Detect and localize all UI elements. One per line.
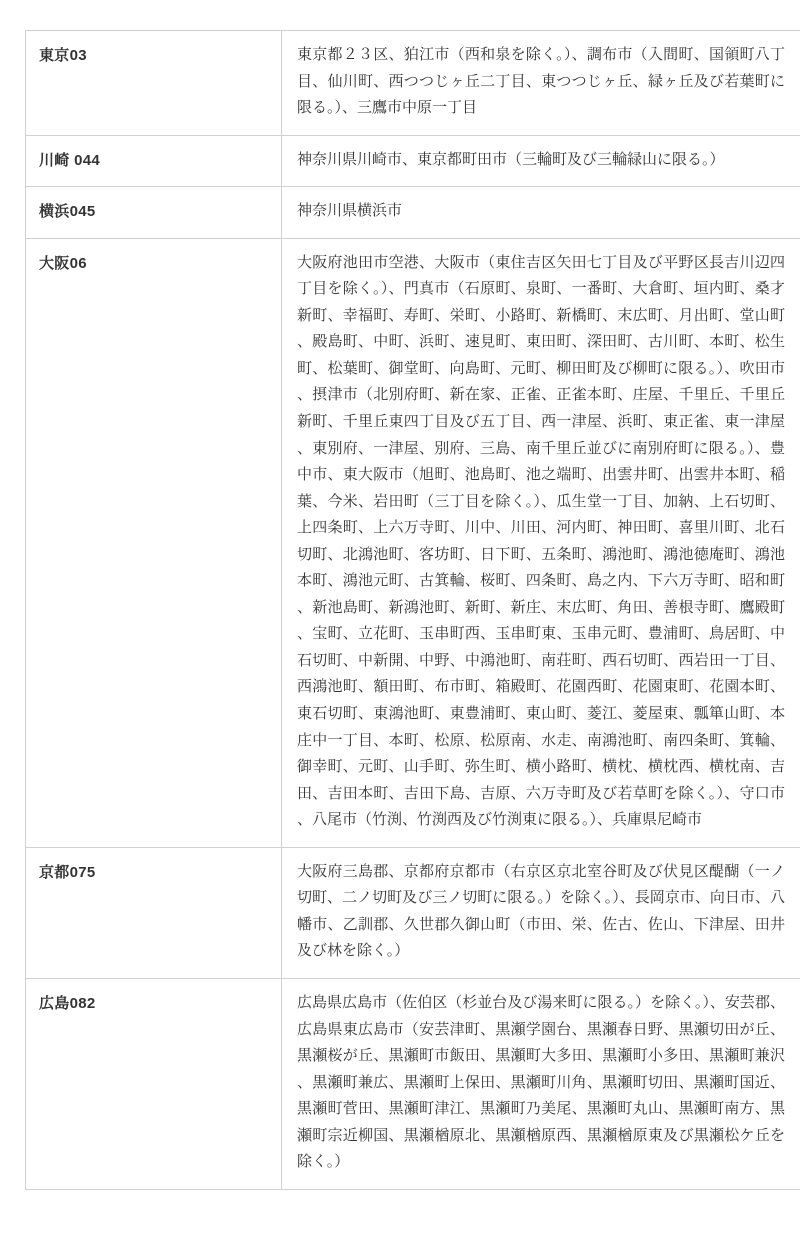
area-code-cell: 大阪06 bbox=[26, 238, 282, 847]
page: 東京03 東京都２３区、狛江市（西和泉を除く。）、調布市（入間町、国領町八丁目、… bbox=[0, 0, 800, 1260]
area-description-cell: 広島県広島市（佐伯区（杉並台及び湯来町に限る。）を除く。）、安芸郡、広島県東広島… bbox=[282, 978, 800, 1189]
table-row: 大阪06 大阪府池田市空港、大阪市（東住吉区矢田七丁目及び平野区長吉川辺四丁目を… bbox=[26, 238, 800, 847]
table-row: 川崎 044 神奈川県川崎市、東京都町田市（三輪町及び三輪緑山に限る。） bbox=[26, 135, 800, 187]
table-row: 京都075 大阪府三島郡、京都府京都市（右京区京北室谷町及び伏見区醍醐（一ノ切町… bbox=[26, 847, 800, 978]
area-code-cell: 東京03 bbox=[26, 31, 282, 136]
area-description-cell: 大阪府池田市空港、大阪市（東住吉区矢田七丁目及び平野区長吉川辺四丁目を除く。）、… bbox=[282, 238, 800, 847]
area-description-cell: 神奈川県横浜市 bbox=[282, 187, 800, 239]
area-description-cell: 大阪府三島郡、京都府京都市（右京区京北室谷町及び伏見区醍醐（一ノ切町、二ノ切町及… bbox=[282, 847, 800, 978]
area-code-cell: 京都075 bbox=[26, 847, 282, 978]
area-code-cell: 横浜045 bbox=[26, 187, 282, 239]
table-row: 広島082 広島県広島市（佐伯区（杉並台及び湯来町に限る。）を除く。）、安芸郡、… bbox=[26, 978, 800, 1189]
area-code-table: 東京03 東京都２３区、狛江市（西和泉を除く。）、調布市（入間町、国領町八丁目、… bbox=[25, 30, 800, 1190]
area-code-cell: 広島082 bbox=[26, 978, 282, 1189]
area-description-cell: 神奈川県川崎市、東京都町田市（三輪町及び三輪緑山に限る。） bbox=[282, 135, 800, 187]
table-row: 東京03 東京都２３区、狛江市（西和泉を除く。）、調布市（入間町、国領町八丁目、… bbox=[26, 31, 800, 136]
area-code-table-container: 東京03 東京都２３区、狛江市（西和泉を除く。）、調布市（入間町、国領町八丁目、… bbox=[25, 30, 775, 1190]
area-description-cell: 東京都２３区、狛江市（西和泉を除く。）、調布市（入間町、国領町八丁目、仙川町、西… bbox=[282, 31, 800, 136]
table-row: 横浜045 神奈川県横浜市 bbox=[26, 187, 800, 239]
area-code-cell: 川崎 044 bbox=[26, 135, 282, 187]
